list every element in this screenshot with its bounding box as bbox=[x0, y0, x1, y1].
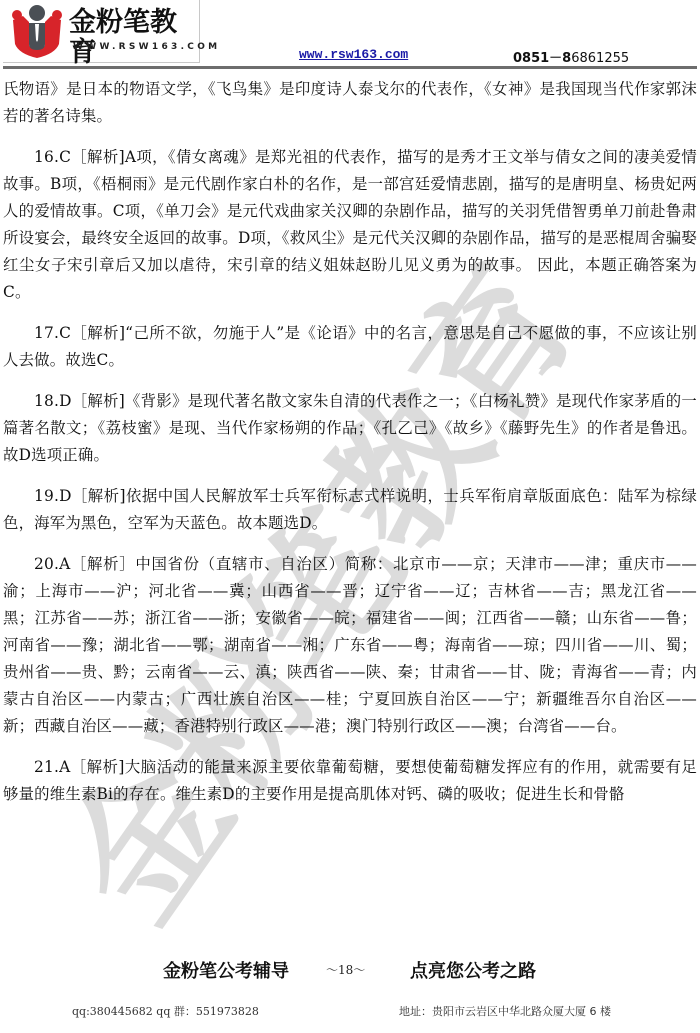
answer-19: 19.D［解析]依据中国人民解放军士兵军衔标志式样说明，士兵军衔肩章版面底色：陆… bbox=[3, 483, 697, 537]
paragraph-continuation: 氏物语》是日本的物语文学，《飞鸟集》是印度诗人泰戈尔的代表作，《女神》是我国现当… bbox=[3, 76, 697, 130]
answer-16: 16.C［解析]A项，《倩女离魂》是郑光祖的代表作，描写的是秀才王文举与倩女之间… bbox=[3, 144, 697, 306]
footer-slogan-left: 金粉笔公考辅导 bbox=[163, 957, 289, 983]
logo-mark-icon bbox=[11, 4, 63, 58]
answer-17: 17.C［解析]“己所不欲，勿施于人”是《论语》中的名言，意思是自己不愿做的事，… bbox=[3, 320, 697, 374]
answer-20: 20.A［解析］中国省份（直辖市、自治区）简称：北京市——京；天津市——津；重庆… bbox=[3, 551, 697, 740]
phone-prefix: 0851－8 bbox=[513, 51, 571, 66]
website-link[interactable]: www.rsw163.com bbox=[299, 47, 408, 62]
footer-contact: qq:380445682 qq 群：551973828 地址：贵阳市云岩区中华北… bbox=[0, 1003, 700, 1023]
logo-url: WWW.RSW163.COM bbox=[73, 42, 220, 52]
page-number: ～18～ bbox=[326, 961, 365, 978]
logo: 金粉笔教育 WWW.RSW163.COM bbox=[3, 0, 200, 63]
footer-qq: qq:380445682 qq 群：551973828 bbox=[72, 1003, 259, 1019]
footer-slogan-right: 点亮您公考之路 bbox=[410, 957, 536, 983]
answer-18: 18.D［解析]《背影》是现代著名散文家朱自清的代表作之一；《白杨礼赞》是现代作… bbox=[3, 388, 697, 469]
logo-title: 金粉笔教育 bbox=[69, 8, 199, 68]
phone-rest: 6861255 bbox=[571, 51, 629, 66]
document-body: 氏物语》是日本的物语文学，《飞鸟集》是印度诗人泰戈尔的代表作，《女神》是我国现当… bbox=[3, 76, 697, 808]
footer-address: 地址：贵阳市云岩区中华北路众厦大厦 6 楼 bbox=[399, 1003, 611, 1019]
phone-number: 0851－86861255 bbox=[513, 47, 629, 66]
page-footer: 金粉笔公考辅导 ～18～ 点亮您公考之路 bbox=[0, 957, 700, 987]
header-divider bbox=[3, 66, 697, 69]
answer-21: 21.A［解析]大脑活动的能量来源主要依靠葡萄糖，要想使葡萄糖发挥应有的作用，就… bbox=[3, 754, 697, 808]
page-header: 金粉笔教育 WWW.RSW163.COM www.rsw163.com 0851… bbox=[0, 0, 700, 70]
